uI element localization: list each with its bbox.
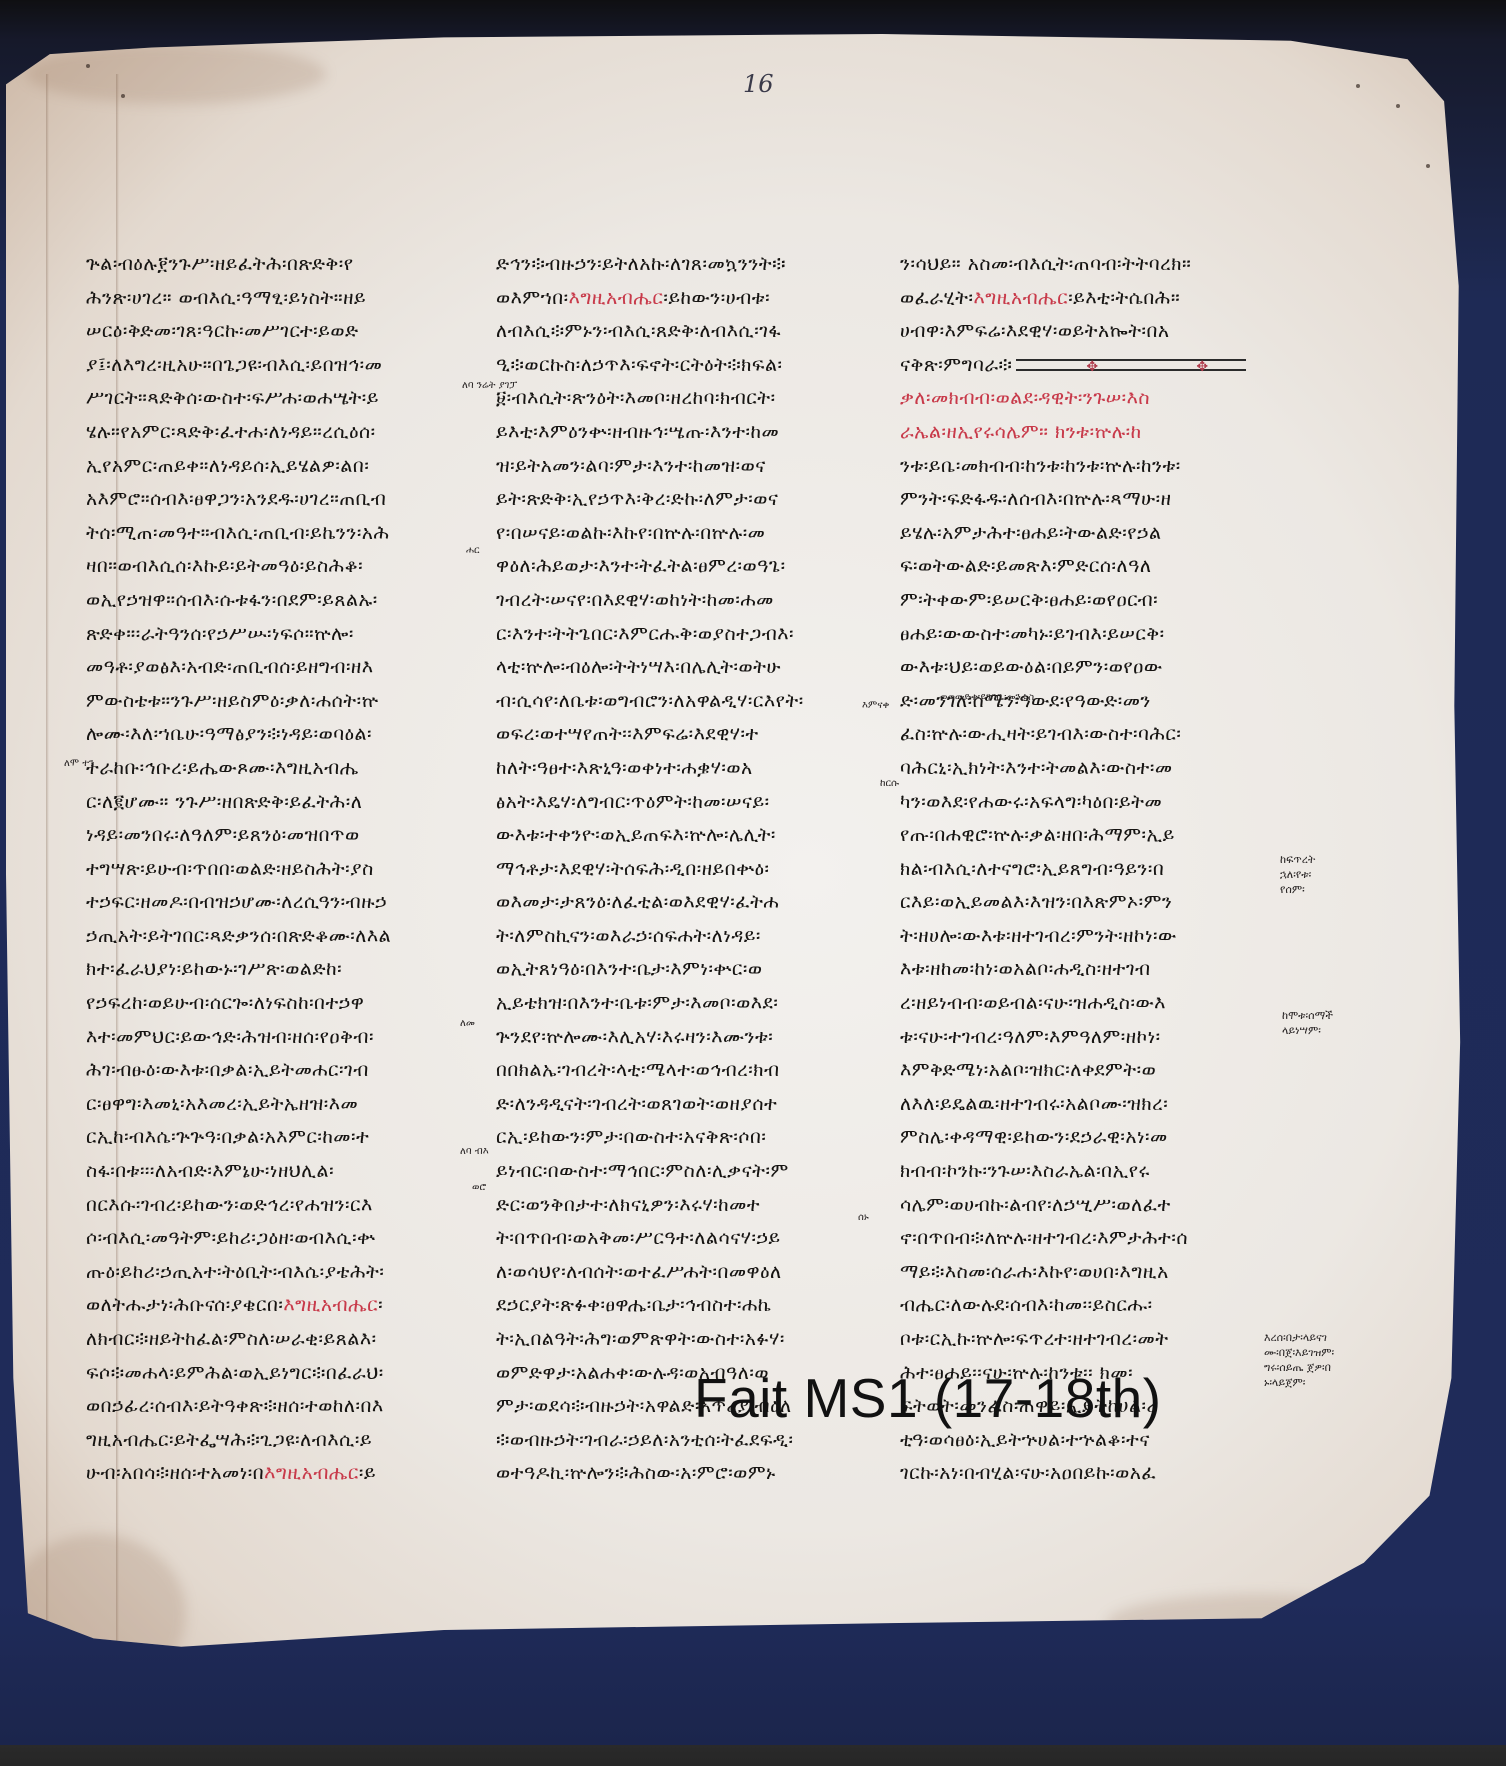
interlinear-gloss: ለመ — [460, 1018, 475, 1030]
text-line: ጕንደየ፡ኵሎሙ፡እሊአሃ፡እሩዛን፡እሙንቱ፡ — [496, 1021, 871, 1055]
text-line: ሶ፡ብእሲ፡መዓትም፡ይከሪ፡ጋዕዘ፡ወብእሲ፡ቍ — [86, 1222, 466, 1256]
text-line: ምውስቴቱ።ንጉሥ፡ዘይስምዕ፡ቃለ፡ሐሰት፡ኵ — [86, 685, 466, 719]
text-line: ም፡ትቀውም፡ይሠርቅ፡ፀሐይ፡ወየዐርብ፡ — [900, 584, 1270, 618]
text-segment: ናቅጽ፡ምግባራ፨ — [900, 354, 1012, 376]
text-line: ብ፡ሲሳየ፡ለቤቱ፡ወግብሮን፡ለአዋልዲሃ፡ርእየት፡ — [496, 685, 871, 719]
margin-note: ከፍጥረት ኋለ፡የቱ፡ የሰም፡ — [1280, 852, 1315, 897]
text-line: ዒ፨ወርኩስ፡ለኃጥእ፡ፍኖት፡ርትዕት፨ክፍል፡ — [496, 349, 871, 383]
ink-speck — [1356, 84, 1360, 88]
text-line: ስፋ፡በቱ፡፡፡ለአብድ፡እምኔሁ፡ነዘህሊል፡ — [86, 1155, 466, 1189]
margin-note: እረሰ፡በታ፡ላይናገ ሙ፡በጀ፡እይገዝም፡ ግሩ፡ሰይጤ ጀዎ፡በ ኑ፡ላይ… — [1264, 1330, 1334, 1390]
text-line: በርእሱ፡ገብረ፡ይከውን፡ወድኅረ፡የሐዝን፡ርእ — [86, 1189, 466, 1223]
text-line: ክል፡ብእሲ፡ለተናግሮ፡ኢይጸግብ፡ዓይን፡በ — [900, 853, 1270, 887]
text-line: ፅአት፡እዴሃ፡ለግብር፡ጥዕምት፡ከመ፡ሠናይ፡ — [496, 786, 871, 820]
text-line: ሳሌም፡ወሀብኩ፡ልብየ፡ለኃሢሥ፡ወለፈተ — [900, 1189, 1270, 1223]
section-divider-ornament — [1016, 359, 1246, 371]
page-number: 16 — [743, 70, 774, 98]
text-line: ዋዕለ፡ሕይወታ፡እንተ፡ትፈትል፡ፀምረ፡ወዓጌ፡ — [496, 550, 871, 584]
text-line: ፍሶ፨መሐላ፡ይምሕል፡ወኢይነግር፨በፈራህ፡ — [86, 1357, 466, 1391]
text-line: ፱፡ብእሲት፡ጽንዕት፡እመቦ፡ዘረከባ፡ክብርት፡ — [496, 382, 871, 416]
text-line: ዝ፡ይትአመን፡ልባ፡ምታ፡እንተ፡ከመዝ፡ወና — [496, 450, 871, 484]
text-line: ውእቱ፡ህይ፡ወይውዕል፡በይምን፡ወየዐው — [900, 651, 1270, 685]
text-line: ሠርዕ፡ቅድመ፡ገጸ፡ዓርኩ፡መሥገርተ፡ይወድ — [86, 315, 466, 349]
text-line: ገርኩ፡አነ፡በብሂል፡ናሁ፡አዐበይኩ፡ወአፈ — [900, 1457, 1270, 1491]
margin-note-line: ኑ፡ላይጀም፡ — [1264, 1375, 1334, 1390]
text-line: ወተዓዶኪ፡ኵሎን፨ሕስው፡አ፡ምሮ፡ወምኑ — [496, 1457, 871, 1491]
text-line: ት፡ዘሀሎ፡ውእቱ፡ዘተገብረ፡ምንት፡ዘኮነ፡ው — [900, 920, 1270, 954]
text-line: ለብእሲ፨ምኑን፡ብእሲ፡ጸድቅ፡ለብእሲ፡ገፋ — [496, 315, 871, 349]
text-line: ውእቱ፡ተቀንዮ፡ወኢይጠፍእ፡ኵሎ፡ሌሊት፡ — [496, 819, 871, 853]
text-line: ት፡በጥበብ፡ወአቅመ፡ሥርዓተ፡ለልሳናሃ፡ኃይ — [496, 1222, 871, 1256]
text-line: በበክልኤ፡ገብረት፡ላቲ፡ሜላተ፡ወኅብረ፡ክብ — [496, 1054, 871, 1088]
text-line: ፈስ፡ኵሉ፡ውሒዛት፡ይገብእ፡ውስተ፡ባሕር፡ — [900, 718, 1270, 752]
interlinear-gloss: ሐር — [466, 545, 480, 557]
margin-note-line: ላይነሣም፡ — [1282, 1023, 1333, 1038]
text-line: ተኃፍር፡ዘመዶ፡በብዝኃሆሙ፡ለረሲዓን፡ብዙኃ — [86, 886, 466, 920]
text-line: አእምሮ።ሰብእ፡ፀዋጋን፡አንደዱ፡ሀገረ።ጠቢብ — [86, 483, 466, 517]
text-column-1: ጕል፡ብዕሉ፻ንጉሥ፡ዘይፈትሕ፡በጽድቅ፡የ ሕንጽ፡ሀገረ። ወብእሲ፡ዓማ… — [86, 248, 466, 1491]
text-line: ጽድቀ።፡ራትዓንሰ፡የኃሥሡ፡ነፍሶ።ኵሎ፡ — [86, 618, 466, 652]
text-line: ርኢ፡ይከውን፡ምታ፡በውስተ፡አናቅጽ፡ሶበ፡ — [496, 1121, 871, 1155]
text-line: ድ፡ለንዳዲናት፡ገብረት፡ወጸገወት፡ወዘያሰተ — [496, 1088, 871, 1122]
text-line: ፍ፡ወትውልድ፡ይመጽእ፡ምድርሰ፡ለዓለ — [900, 550, 1270, 584]
text-line: ወእመታ፡ታጸንዕ፡ለፈቲል፡ወእደዊሃ፡ፈትሐ — [496, 886, 871, 920]
margin-note-line: ከፍጥረት — [1280, 852, 1315, 867]
text-line: ሕገ፡ብፁዕ፡ውእቱ፡በቃል፡ኢይትመሐር፡ገብ — [86, 1054, 466, 1088]
text-line: ር፡ለ፪ሆሙ። ንጉሥ፡ዘበጽድቅ፡ይፈትሕ፡ለ — [86, 786, 466, 820]
text-line: ሀብዋ፡እምፍሬ፡እደዊሃ፡ወይትአኰት፡በአ — [900, 315, 1270, 349]
rubric-divine-name: እግዚአብሔር — [283, 1294, 378, 1316]
text-line: ሎሙ፡እለ፡ኀቤሁ፡ዓማፅያን፨ነዳይ፡ወባዕል፡ — [86, 718, 466, 752]
text-line: ወፈራሂት፡እግዚአብሔር፡ይእቲ፡ትሴበሕ። — [900, 282, 1270, 316]
text-line: ጡዕ፡ይከሪ፡ኃጢአተ፡ትዕቢት፡ብእሴ፡ያቴሕት፡ — [86, 1256, 466, 1290]
text-line: ኢይቴክዝ፡በእንተ፡ቤቱ፡ምታ፡እመቦ፡ወእደ፡ — [496, 987, 871, 1021]
text-line: ክብብ፡ኮንኩ፡ንጉሠ፡እስራኤል፡በኢየሩ — [900, 1155, 1270, 1189]
text-line: የ፡በሠናይ፡ወልኩ፡እኩየ፡በኵሉ፡በኵሉ፡መ — [496, 517, 871, 551]
text-line: ወፍረ፡ወተሣየጠት፡፡እምፍሬ፡እደዊሃ፡ተ — [496, 718, 871, 752]
text-line: ላቲ፡ኵሎ፡ብዕሎ፡ትትነሣእ፡በሌሊት፡ወትሁ — [496, 651, 871, 685]
margin-note: ከሞቱ፡ሰማች ላይነሣም፡ — [1282, 1008, 1333, 1038]
interlinear-gloss: ከርሱ — [880, 778, 899, 790]
text-column-3: ን፡ሳህይ። አስመ፡ብእሲት፡ጠባብ፡ትትባረክ። ወፈራሂት፡እግዚአብሔር… — [900, 248, 1270, 1491]
text-line: ግዚአብሔር፡ይትፌሣሕ፨ጊጋዩ፡ለብእሲ፡ይ — [86, 1424, 466, 1458]
text-line: ት፡ለምስኪናን፡ወእራኃ፡ሰፍሐት፡ለነዳይ፡ — [496, 920, 871, 954]
margin-note-line: ከሞቱ፡ሰማች — [1282, 1008, 1333, 1023]
ink-speck — [1426, 164, 1430, 168]
margin-note-line: ሙ፡በጀ፡እይገዝም፡ — [1264, 1345, 1334, 1360]
text-line: ነዳይ፡መንበሩ፡ለዓለም፡ይጸንዕ፡መዝበጥወ — [86, 819, 466, 853]
text-line: ጕል፡ብዕሉ፻ንጉሥ፡ዘይፈትሕ፡በጽድቅ፡የ — [86, 248, 466, 282]
text-line: ሥገርት።ጻድቅሰ፡ውስተ፡ፍሥሐ፡ወሐሤት፡ይ — [86, 382, 466, 416]
text-line: ይሄሉ፡አምታሕተ፡ፀሐይ፡ትውልድ፡የኃል — [900, 517, 1270, 551]
text-line: ር፡እንተ፡ትትጌበር፡እምርሑቅ፡ወያስተጋብእ፡ — [496, 618, 871, 652]
text-line: ወበኃፊረ፡ሰብእ፡ይትዓቀጽ፨ዘሰ፡ተወከለ፡በእ — [86, 1390, 466, 1424]
text-line: ያ፤፡ለእግረ፡ዚአሁ።በጌጋዩ፡ብእሲ፡ይበዝኅ፡መ — [86, 349, 466, 383]
page-fold-line — [46, 74, 49, 1694]
text-line: ንቱ፡ይቤ፡መክብብ፡ከንቱ፡ከንቱ፡ኵሉ፡ከንቱ፡ — [900, 450, 1270, 484]
text-line: ሄሉ።የአምር፡ጻድቅ፡ፈተሐ፡ለነዳይ።ረሲዕሰ፡ — [86, 416, 466, 450]
margin-note-line: እረሰ፡በታ፡ላይናገ — [1264, 1330, 1334, 1345]
margin-note-line: ግሩ፡ሰይጤ ጀዎ፡በ — [1264, 1360, 1334, 1375]
text-line: ርእይ፡ወኢይመልእ፡እዝን፡በእጽምኦ፡ምን — [900, 886, 1270, 920]
text-line: ክተ፡ፈራህያነ፡ይከውኑ፡ገሥጽ፡ወልድከ፡ — [86, 953, 466, 987]
interlinear-gloss: ለሞ ተን — [64, 758, 94, 770]
text-line: ድር፡ወንቅበታተ፡ለክናኒዎን፡እሩሃ፡ከመተ — [496, 1189, 871, 1223]
ink-speck — [1396, 104, 1400, 108]
text-line: እተ፡መምህር፡ይውኅድ፡ሕዝብ፡ዘሰ፡የዐቅብ፡ — [86, 1021, 466, 1055]
text-line: ኖ፡በጥበብ፨ለኵሉ፡ዘተገብረ፡እምታሕተ፡ሰ — [900, 1222, 1270, 1256]
age-stain — [26, 44, 326, 104]
text-line: የጡ፡በሐዊሮ፡ኵሉ፡ቃል፡ዘበ፡ሕማም፡ኢይ — [900, 819, 1270, 853]
text-line: ሕንጽ፡ሀገረ። ወብእሲ፡ዓማፂ፡ይነስት።ዘይ — [86, 282, 466, 316]
manuscript-caption: Fait MS1 (17-18th) — [694, 1366, 1162, 1430]
rubric-divine-name: እግዚአብሔር — [264, 1462, 359, 1484]
text-line: ትሰ፡ሚጠ፡መዓተ።ብእሲ፡ጠቢብ፡ይኬንን፡አሕ — [86, 517, 466, 551]
margin-note-line: የሰም፡ — [1280, 882, 1315, 897]
text-line: ዛበ።ወብእሲሰ፡እኩይ፡ይትመዓዕ፡ይስሕቆ፡ — [86, 550, 466, 584]
text-line: ተግሣጽ፡ይሁብ፡ጥበበ፡ወልድ፡ዘይስሕት፡ያስ — [86, 853, 466, 887]
interlinear-gloss: እምናቀ — [862, 700, 889, 712]
text-line: ለክብር፨ዘይትከፈል፡ምስለ፡ሠራቂ፡ይጸልእ፡ — [86, 1323, 466, 1357]
text-line: ይእቲ፡እምዕንቍ፡ዘብዙኅ፡ሤጡ፡እንተ፡ከመ — [496, 416, 871, 450]
text-line: ብሔር፡ለውሉደ፡ሰብእ፡ከመ፡፡ይስርሑ፡ — [900, 1289, 1270, 1323]
text-line: ወእምኀበ፡እግዚአብሔር፡ይከውን፡ሀብቱ፡ — [496, 282, 871, 316]
text-line: እቱ፡ዘከመ፡ከነ፡ወአልቦ፡ሐዲስ፡ዘተገብ — [900, 953, 1270, 987]
text-line: ማይ፨እስመ፡ሰራሐ፡እኩየ፡ወሀበ፡እግዚአ — [900, 1256, 1270, 1290]
text-line: ቦቱ፡ርኢኩ፡ኵሎ፡ፍጥረተ፡ዘተገብረ፡መት — [900, 1323, 1270, 1357]
text-line: ቱ፡ናሁ፡ተገብረ፡ዓለም፡እምዓለም፡ዘኮነ፡ — [900, 1021, 1270, 1055]
text-line: ለ፡ወሳህየ፡ለብሰት፡ወተፈሥሐት፡በመዋዕለ — [496, 1256, 871, 1290]
rubric-line: ቃለ፡መክብብ፡ወልደ፡ዳዊት፡ንጉሠ፡እስ — [900, 382, 1270, 416]
interlinear-gloss: ወወውድቁ፡ይገባቤ፡መንፈስ — [940, 692, 1034, 704]
text-line: ሁብ፡አበሳ፨ዘሰ፡ተአመነ፡በእግዚአብሔር፡ይ — [86, 1457, 466, 1491]
text-line: ወለትሑታነ፡ሕቡናሰ፡ያቄርበ፡እግዚአብሔር፡ — [86, 1289, 466, 1323]
text-line: ተራከቡ፡ኅቡረ፡ይሔውጾሙ፡እግዚአብሔ — [86, 752, 466, 786]
text-line: ረ፡ዘይነብብ፡ወይብል፡ናሁ፡ዝሐዲስ፡ውእ — [900, 987, 1270, 1021]
text-line: ወኢየኃዝዋ።ሰብእ፡ሱቱፋን፡በደም፡ይጸልኡ፡ — [86, 584, 466, 618]
text-line: ት፡ኢበልዓት፡ሕግ፡ወምጽዋት፡ውስተ፡አፉሃ፡ — [496, 1323, 871, 1357]
text-line: ወኢትጸነዓዕ፡በእንተ፡ቤታ፡እምነ፡ቍር፡ወ — [496, 953, 871, 987]
interlinear-gloss: ለባ ብእ — [460, 1146, 489, 1158]
text-line: ይነብር፡በውስተ፡ማኅበር፡ምስለ፡ሊቃናት፡ም — [496, 1155, 871, 1189]
text-line: ርኢከ፡ብእሴ፡ጕጕዓ፡በቃል፡አእምር፡ከመ፡ተ — [86, 1121, 466, 1155]
text-line: ምስሌ፡ቀዳማዊ፡ይከውን፡ደኃራዊ፡አነ፡መ — [900, 1121, 1270, 1155]
margin-note-line: ኋለ፡የቱ፡ — [1280, 867, 1315, 882]
text-line: ር፡ፀዋግ፡እመኒ፡አእመረ፡ኢይትኤዘዝ፡እመ — [86, 1088, 466, 1122]
text-line: ደኃርያት፡ጽፉቀ፡ፀዋሔ፡ቤታ፡ኅብስተ፡ሐኬ — [496, 1289, 871, 1323]
text-line: ገብረት፡ሠናየ፡በእደዊሃ፡ወከነት፡ከመ፡ሐመ — [496, 584, 871, 618]
interlinear-gloss: ወሮ — [472, 1182, 486, 1194]
text-line: ካን፡ወእደ፡የሐውሩ፡አፍላግ፡ካዕበ፡ይትመ — [900, 786, 1270, 820]
text-line: ማኅቶታ፡እደዊሃ፡ትሰፍሕ፡ዲበ፡ዘይበቍዕ፡ — [496, 853, 871, 887]
text-line-with-ornament: ናቅጽ፡ምግባራ፨ — [900, 349, 1270, 383]
text-line: የኃፍረከ፡ወይሁብ፡ሰርጐ፡ለነፍስከ፡በተኃዋ — [86, 987, 466, 1021]
ink-speck — [86, 64, 90, 68]
rubric-divine-name: እግዚአብሔር — [569, 287, 664, 309]
rubric-line: ራኤል፡ዘኢየሩሳሌም። ክንቱ፡ኵሉ፡ከ — [900, 416, 1270, 450]
text-column-2: ድኅን፨ብዙኃን፡ይትለአኩ፡ለገጸ፡መኳንንት፨ ወእምኀበ፡እግዚአብሔር፡… — [496, 248, 871, 1491]
text-line: እምቅድሜነ፡አልቦ፡ዝክር፡ለቀደምት፡ወ — [900, 1054, 1270, 1088]
rubric-divine-name: እግዚአብሔር — [973, 287, 1068, 309]
text-line: ይት፡ጽድቅ፡ኢየኃጥእ፡ቅረ፡ድኩ፡ለምታ፡ወና — [496, 483, 871, 517]
text-line: ኃጢአት፡ይትገበር፡ጻድቃንሰ፡በጽድቆሙ፡ለእል — [86, 920, 466, 954]
text-line: ን፡ሳህይ። አስመ፡ብእሲት፡ጠባብ፡ትትባረክ። — [900, 248, 1270, 282]
text-line: ለእለ፡ይዴልዉ፡ዘተገብሩ፡አልቦሙ፡ዝክረ፡ — [900, 1088, 1270, 1122]
text-line: ምንት፡ፍድፋዱ፡ለሰብእ፡በኵሉ፡ጻማሁ፡ዘ — [900, 483, 1270, 517]
ink-speck — [121, 94, 125, 98]
text-line: ኢየአምር፡ጠይቀ።ለነዳይሰ፡ኢይሄልዎ፡ልበ፡ — [86, 450, 466, 484]
text-line: ባሕርኒ፡ኢክነት፡እንተ፡ትመልእ፡ውስተ፡መ — [900, 752, 1270, 786]
text-line: መዓቶ፡ያወፅእ፡አብድ፡ጠቢብሰ፡ይዘግብ፡ዘእ — [86, 651, 466, 685]
text-line: ድኅን፨ብዙኃን፡ይትለአኩ፡ለገጸ፡መኳንንት፨ — [496, 248, 871, 282]
text-line: ፀሐይ፡ውውስተ፡መካኑ፡ይገብእ፡ይሠርቅ፡ — [900, 618, 1270, 652]
interlinear-gloss: ሰኑ — [858, 1212, 869, 1224]
text-line: ከለት፡ዓፀተ፡እጽኒዓ፡ወቀነተ፡ሐቌሃ፡ወአ — [496, 752, 871, 786]
interlinear-gloss: ለባ ንሬት ያገፓ — [462, 380, 517, 392]
